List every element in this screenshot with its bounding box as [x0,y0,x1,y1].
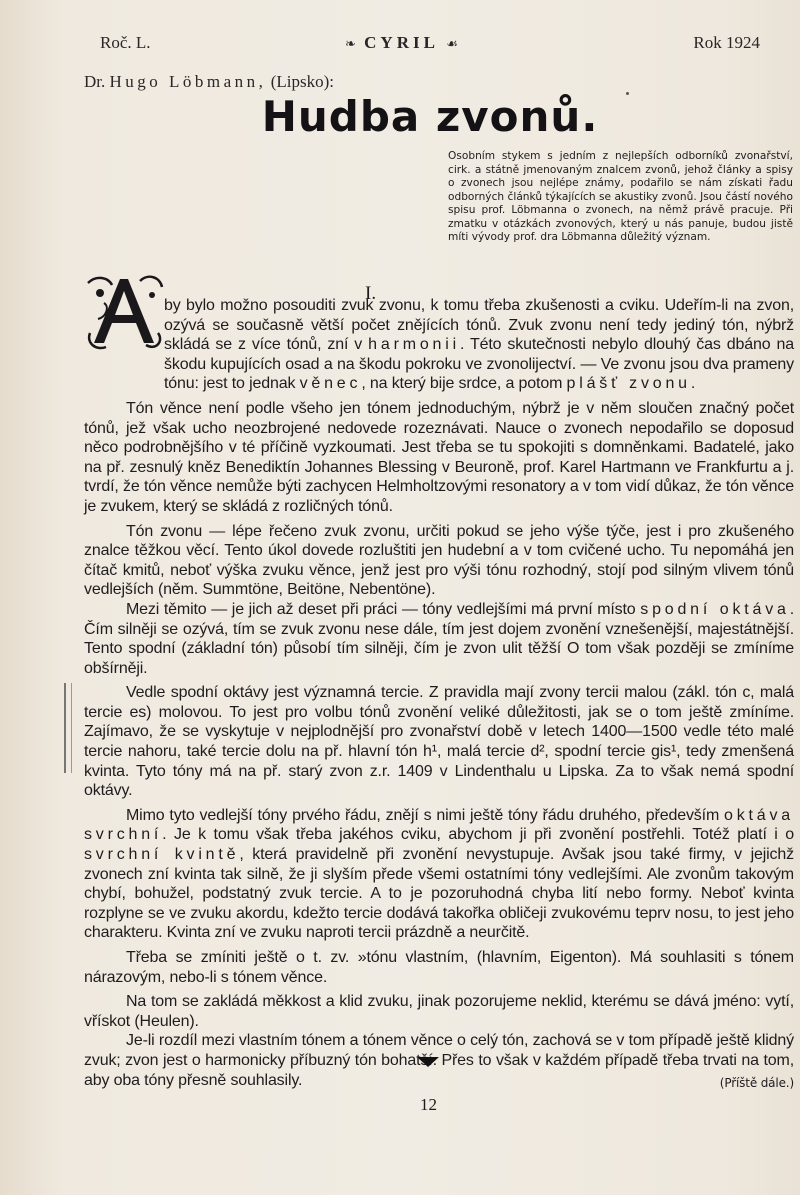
journal-name: CYRIL [364,33,438,52]
author-prefix: Dr. [84,72,105,91]
emphasis-venec: věnec [300,375,362,392]
author-name: Hugo Löbmann, [110,72,267,91]
paragraph-7: Třeba se zmíniti ještě o t. zv. »tónu vl… [84,948,794,987]
paragraph-6: Mimo tyto vedlejší tóny prvého řádu, zně… [84,806,794,943]
editorial-intro: Osobním stykem s jedním z nejlepších odb… [448,150,793,245]
paragraph-9: Je-li rozdíl mezi vlastním tónem a tónem… [84,1031,794,1090]
paragraph-3: Tón zvonu — lépe řečeno zvuk zvonu, urči… [84,522,794,600]
paragraph-2: Tón věnce není podle všeho jen tónem jed… [84,399,794,517]
running-header: Roč. L. ❧ CYRIL ☙ Rok 1924 [100,33,760,57]
scroll-ornament-icon: ❧ [345,36,356,51]
emphasis-spodni-oktava: spodní oktáva [640,601,789,618]
emphasis-harmonii: harmonii [368,336,460,353]
author-location: (Lipsko): [271,72,334,91]
paragraph-8: Na tom se zakládá měkkost a klid zvuku, … [84,992,794,1031]
triangle-down-icon [417,1057,439,1067]
paragraph-1: by bylo možno posouditi zvuk zvonu, k to… [84,296,794,394]
page-number: 12 [420,1095,437,1115]
scroll-ornament-icon: ☙ [446,36,458,51]
author-line: Dr. Hugo Löbmann, (Lipsko): [84,72,334,92]
margin-pencil-mark [64,683,72,773]
emphasis-svrchni-kvinte: svrchní kvintě [84,846,239,863]
year-label: Rok 1924 [693,33,760,53]
journal-title: ❧ CYRIL ☙ [345,33,458,53]
article-body: by bylo možno posouditi zvuk zvonu, k to… [84,296,794,1093]
paragraph-4: Mezi těmito — je jich až deset při práci… [84,600,794,678]
paragraph-5: Vedle spodní oktávy jest významná tercie… [84,683,794,801]
volume-label: Roč. L. [100,33,151,53]
article-title: Hudba zvonů. [0,92,800,141]
emphasis-plast: plášť zvonu [567,375,691,392]
paper-speck [626,92,629,95]
continuation-note: (Příště dále.) [678,1074,794,1094]
